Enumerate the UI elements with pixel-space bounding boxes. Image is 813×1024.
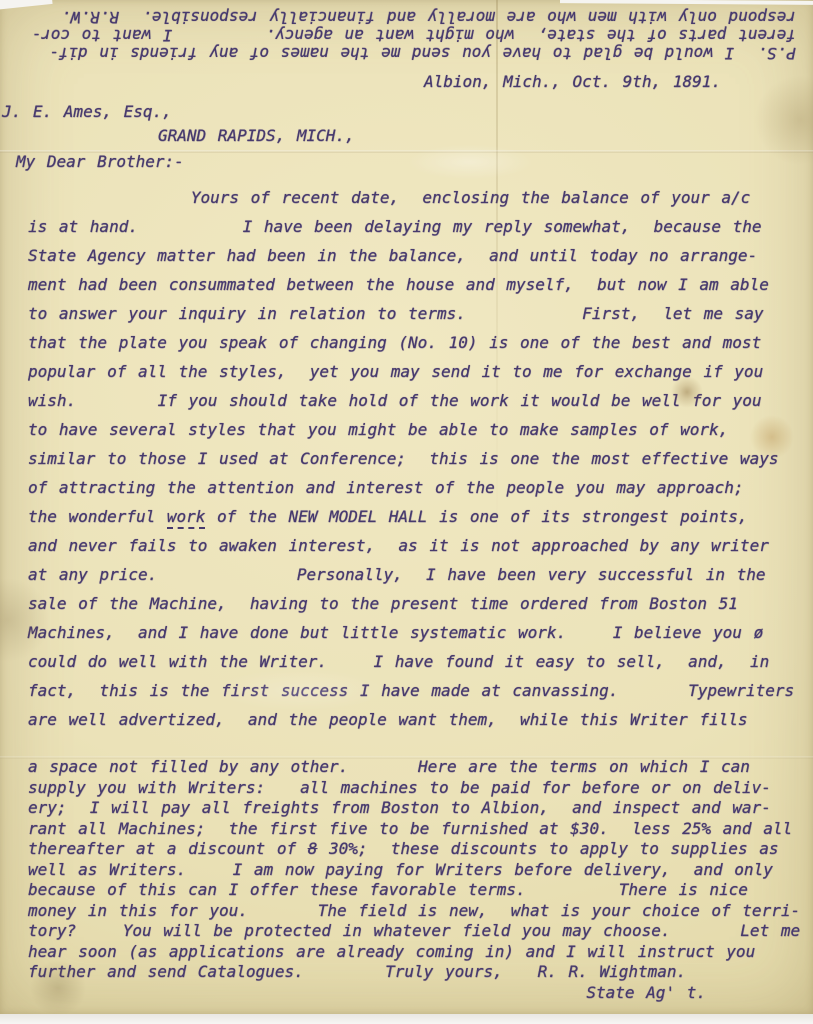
letter-terms-paragraph: a space not filled by any other. Here ar… (28, 757, 800, 1003)
letter-line: hear soon (as applications are already c… (28, 942, 800, 963)
letter-line: State Agency matter had been in the bala… (28, 241, 794, 270)
letter-line: at any price. Personally, I have been ve… (28, 560, 794, 589)
letter-line: could do well with the Writer. I have fo… (28, 647, 794, 676)
letter-line: ment had been consummated between the ho… (28, 270, 794, 299)
letter-line: State Ag' t. (28, 983, 800, 1004)
letter-line: a space not filled by any other. Here ar… (28, 757, 800, 778)
letter-line: thereafter at a discount of 8 30%; these… (28, 839, 800, 860)
letter-line: Yours of recent date, enclosing the bala… (28, 183, 794, 212)
letter-line: Machines, and I have done but little sys… (28, 618, 794, 647)
letter-line: that the plate you speak of changing (No… (28, 328, 794, 357)
letter-line: and never fails to awaken interest, as i… (28, 531, 794, 560)
underlined-text: work (167, 507, 206, 529)
letter-line: fact, this is the first success I have m… (28, 676, 794, 705)
letter-line: sale of the Machine, having to the prese… (28, 589, 794, 618)
scan-edge-top (560, 0, 813, 5)
letter-line: supply you with Writers: all machines to… (28, 778, 800, 799)
letter-line: P.S. I would be glad to have you send me… (12, 44, 796, 62)
letter-line: the wonderful work of the NEW MODEL HALL… (28, 502, 794, 531)
address-city: GRAND RAPIDS, MICH., (158, 126, 355, 145)
letter-line: are well advertized, and the people want… (28, 705, 794, 734)
letter-line: is at hand. I have been delaying my repl… (28, 212, 794, 241)
letter-line: wish. If you should take hold of the wor… (28, 386, 794, 415)
letter-line: popular of all the styles, yet you may s… (28, 357, 794, 386)
letter-line: well as Writers. I am now paying for Wri… (28, 860, 800, 881)
struck-out-text: 8 (308, 839, 318, 858)
letter-line: respond only with men who are morally an… (12, 8, 796, 26)
letter-line: similar to those I used at Conference; t… (28, 444, 794, 473)
text-segment: the wonderful (28, 507, 167, 526)
letter-line: further and send Catalogues. Truly yours… (28, 962, 800, 983)
salutation: My Dear Brother:- (16, 152, 184, 171)
letter-body-paragraph: Yours of recent date, enclosing the bala… (28, 183, 794, 734)
letter-line: to answer your inquiry in relation to te… (28, 299, 794, 328)
text-segment: 30%; these discounts to apply to supplie… (317, 839, 778, 858)
letter-line: rant all Machines; the first five to be … (28, 819, 800, 840)
scan-edge-bottom (0, 1014, 813, 1024)
text-segment: of the NEW MODEL HALL is one of its stro… (205, 507, 747, 526)
text-segment: thereafter at a discount of (28, 839, 308, 858)
postscript-inverted-block: P.S. I would be glad to have you send me… (12, 8, 796, 62)
letter-line: tory? You will be protected in whatever … (28, 921, 800, 942)
letter-line: ferent parts of the state, who might wan… (12, 26, 796, 44)
letter-line: of attracting the attention and interest… (28, 473, 794, 502)
addressee: J. E. Ames, Esq., (2, 102, 172, 121)
letter-line: ery; I will pay all freights from Boston… (28, 798, 800, 819)
letter-line: because of this can I offer these favora… (28, 880, 800, 901)
letter-line: money in this for you. The field is new,… (28, 901, 800, 922)
letter-page: P.S. I would be glad to have you send me… (0, 0, 813, 1014)
dateline: Albion, Mich., Oct. 9th, 1891. (424, 72, 721, 91)
letter-line: to have several styles that you might be… (28, 415, 794, 444)
